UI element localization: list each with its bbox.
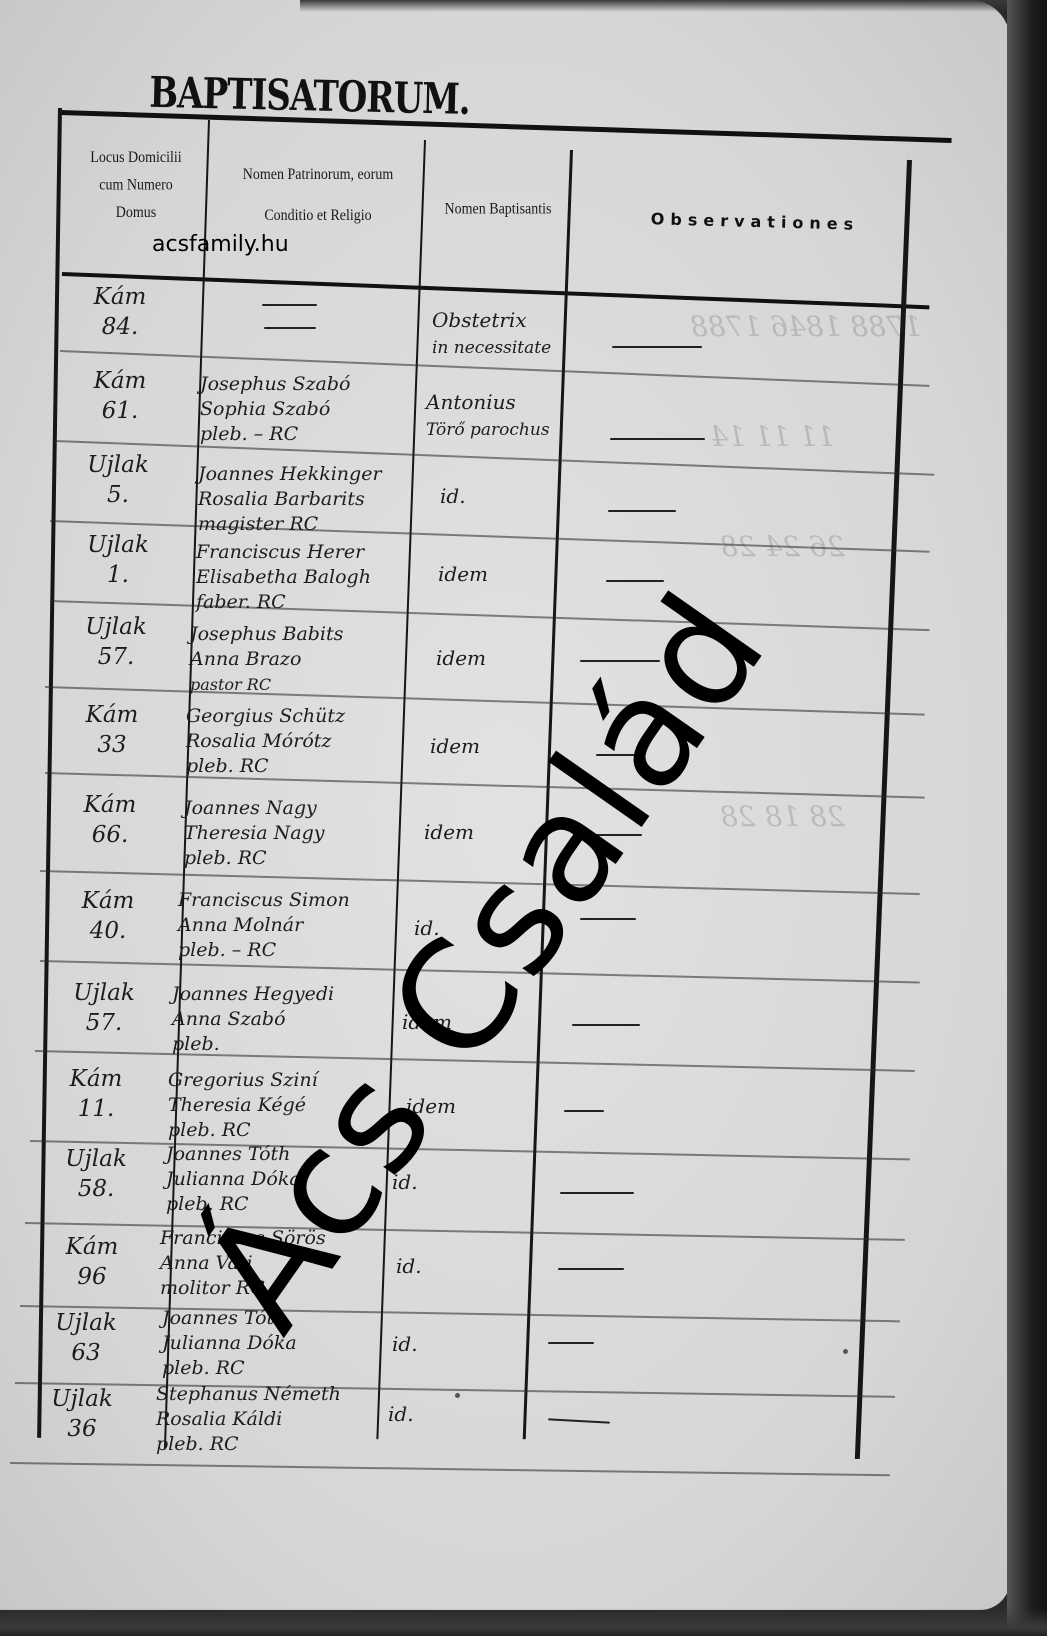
entry-baptisans: idem (436, 644, 486, 672)
column-header-patrini: Nomen Patrinorum, eorum Conditio et Reli… (218, 155, 418, 238)
page-top-shadow (300, 0, 1047, 12)
entry-patrini: Josephus Szabó Sophia Szabó plеb. – RC (200, 372, 350, 447)
entry-baptisans: Obstetrix in necessitate (432, 306, 551, 362)
empty-dash (262, 304, 317, 306)
patrina: Anna Szabó (172, 1007, 334, 1032)
locus-number: 36 (22, 1414, 142, 1444)
patrinus: Joannes Hegyedi (172, 982, 334, 1007)
ink-spot (455, 1393, 460, 1398)
entry-locus: Ujlak 5. (58, 450, 178, 510)
header-line: Nomen Patrinorum, eorum (218, 155, 418, 196)
conditio-religio: pleb. (172, 1032, 334, 1057)
locus-place: Ujlak (56, 612, 176, 642)
entry-locus: Kám 84. (60, 282, 180, 342)
observation-dash (610, 438, 705, 440)
patrinus: Franciscus Simon (178, 888, 350, 913)
entry-locus: Ujlak 1. (58, 530, 178, 590)
patrinus: Stephanus Németh (156, 1382, 341, 1407)
locus-place: Ujlak (36, 1144, 156, 1174)
patrina: Anna Brazo (190, 647, 343, 672)
entry-locus: Kám 66. (50, 790, 170, 850)
locus-number: 57. (56, 642, 176, 672)
entry-baptisans: idem (438, 560, 488, 588)
locus-number: 40. (48, 916, 168, 946)
baptisans-line: in necessitate (432, 334, 551, 362)
bleed-through-text: 28 18 28 (720, 800, 845, 833)
conditio-religio: plеb. – RC (200, 422, 350, 447)
observation-dash (558, 1268, 624, 1270)
locus-place: Ujlak (44, 978, 164, 1008)
empty-dash (264, 327, 316, 329)
locus-place: Ujlak (22, 1384, 142, 1414)
patrina: Rosalia Mórótz (186, 729, 345, 754)
header-line: Locus Domicilii (66, 145, 206, 173)
entry-baptisans: Antonius Törő parochus (426, 388, 550, 444)
conditio-religio: pleb. RC (162, 1356, 297, 1381)
observation-dash (572, 1024, 640, 1026)
patrinus: Joannes Hekkinger (198, 462, 382, 487)
header-line: cum Numero (66, 172, 206, 200)
entry-patrini: Josephus Babits Anna Brazo pastor RC (190, 622, 343, 697)
conditio-religio: pleb. RC (156, 1432, 341, 1457)
locus-place: Ujlak (26, 1308, 146, 1338)
baptisans-line: Antonius (426, 388, 550, 416)
locus-number: 57. (44, 1008, 164, 1038)
entry-patrini: Franciscus Herer Elisabetha Balogh faber… (196, 540, 371, 615)
locus-number: 5. (58, 480, 178, 510)
entry-locus: Kám 96 (32, 1232, 152, 1292)
conditio-religio: faber. RC (196, 590, 371, 615)
column-header-baptisans: Nomen Baptisantis (428, 196, 568, 224)
locus-number: 58. (36, 1174, 156, 1204)
locus-number: 96 (32, 1262, 152, 1292)
patrinus: Josephus Szabó (200, 372, 350, 397)
locus-place: Kám (32, 1232, 152, 1262)
patrina: Sophia Szabó (200, 397, 350, 422)
patrinus: Josephus Babits (190, 622, 343, 647)
entry-baptisans: id. (392, 1330, 418, 1358)
entry-baptisans: id. (388, 1400, 414, 1428)
locus-number: 1. (58, 560, 178, 590)
locus-number: 66. (50, 820, 170, 850)
locus-place: Ujlak (58, 450, 178, 480)
patrinus: Georgius Schütz (186, 704, 345, 729)
entry-locus: Ujlak 57. (56, 612, 176, 672)
ink-spot (843, 1349, 848, 1354)
observation-dash (608, 510, 676, 512)
bleed-through-text: 1788 1846 1788 (690, 310, 922, 343)
locus-place: Kám (60, 366, 180, 396)
entry-patrini: Stephanus Németh Rosalia Káldi pleb. RC (156, 1382, 341, 1457)
entry-locus: Kám 40. (48, 886, 168, 946)
entry-locus: Kám 33 (52, 700, 172, 760)
bleed-through-text: 11 11 14 (710, 420, 835, 453)
locus-place: Ujlak (58, 530, 178, 560)
entry-patrini: Joannes Nagy Theresia Nagy pleb. RC (184, 796, 325, 871)
book-binding-edge (1007, 0, 1047, 1636)
patrinus: Franciscus Herer (196, 540, 371, 565)
observation-dash (612, 346, 702, 348)
locus-number: 63 (26, 1338, 146, 1368)
patrina: Rosalia Káldi (156, 1407, 341, 1432)
baptisans-line: Törő parochus (426, 416, 550, 444)
entry-baptisans: id. (440, 482, 466, 510)
patrina: Elisabetha Balogh (196, 565, 371, 590)
locus-place: Kám (36, 1064, 156, 1094)
baptisans-line: Obstetrix (432, 306, 551, 334)
patrina: Rosalia Barbarits (198, 487, 382, 512)
entry-patrini: Joannes Hekkinger Rosalia Barbarits magi… (198, 462, 382, 537)
entry-locus: Kám 61. (60, 366, 180, 426)
entry-locus: Ujlak 63 (26, 1308, 146, 1368)
header-line: Nomen Baptisantis (428, 196, 568, 224)
observation-dash (560, 1192, 634, 1194)
entry-baptisans: id. (396, 1252, 422, 1280)
observation-dash (564, 1110, 604, 1112)
patrina: Theresia Nagy (184, 821, 325, 846)
site-watermark: acsfamily.hu (152, 232, 289, 257)
conditio-religio: pastor RC (190, 672, 343, 697)
locus-place: Kám (50, 790, 170, 820)
entry-baptisans: idem (430, 732, 480, 760)
conditio-religio: pleb. RC (186, 754, 345, 779)
conditio-religio: pleb. RC (184, 846, 325, 871)
observation-dash (548, 1342, 594, 1344)
locus-number: 84. (60, 312, 180, 342)
entry-locus: Ujlak 57. (44, 978, 164, 1038)
locus-number: 61. (60, 396, 180, 426)
entry-patrini: Franciscus Simon Anna Molnár pleb. – RC (178, 888, 350, 963)
column-header-locus: Locus Domicilii cum Numero Domus (66, 145, 206, 228)
locus-place: Kám (60, 282, 180, 312)
header-line: Domus (66, 200, 206, 228)
locus-place: Kám (48, 886, 168, 916)
conditio-religio: pleb. – RC (178, 938, 350, 963)
entry-locus: Ujlak 58. (36, 1144, 156, 1204)
entry-locus: Kám 11. (36, 1064, 156, 1124)
entry-patrini: Joannes Hegyedi Anna Szabó pleb. (172, 982, 334, 1057)
entry-locus: Ujlak 36 (22, 1384, 142, 1444)
locus-place: Kám (52, 700, 172, 730)
entry-patrini: Georgius Schütz Rosalia Mórótz pleb. RC (186, 704, 345, 779)
patrinus: Joannes Nagy (184, 796, 325, 821)
conditio-religio: magister RC (198, 512, 382, 537)
patrina: Anna Molnár (178, 913, 350, 938)
page-bottom-edge (0, 1608, 1047, 1636)
locus-number: 33 (52, 730, 172, 760)
locus-number: 11. (36, 1094, 156, 1124)
